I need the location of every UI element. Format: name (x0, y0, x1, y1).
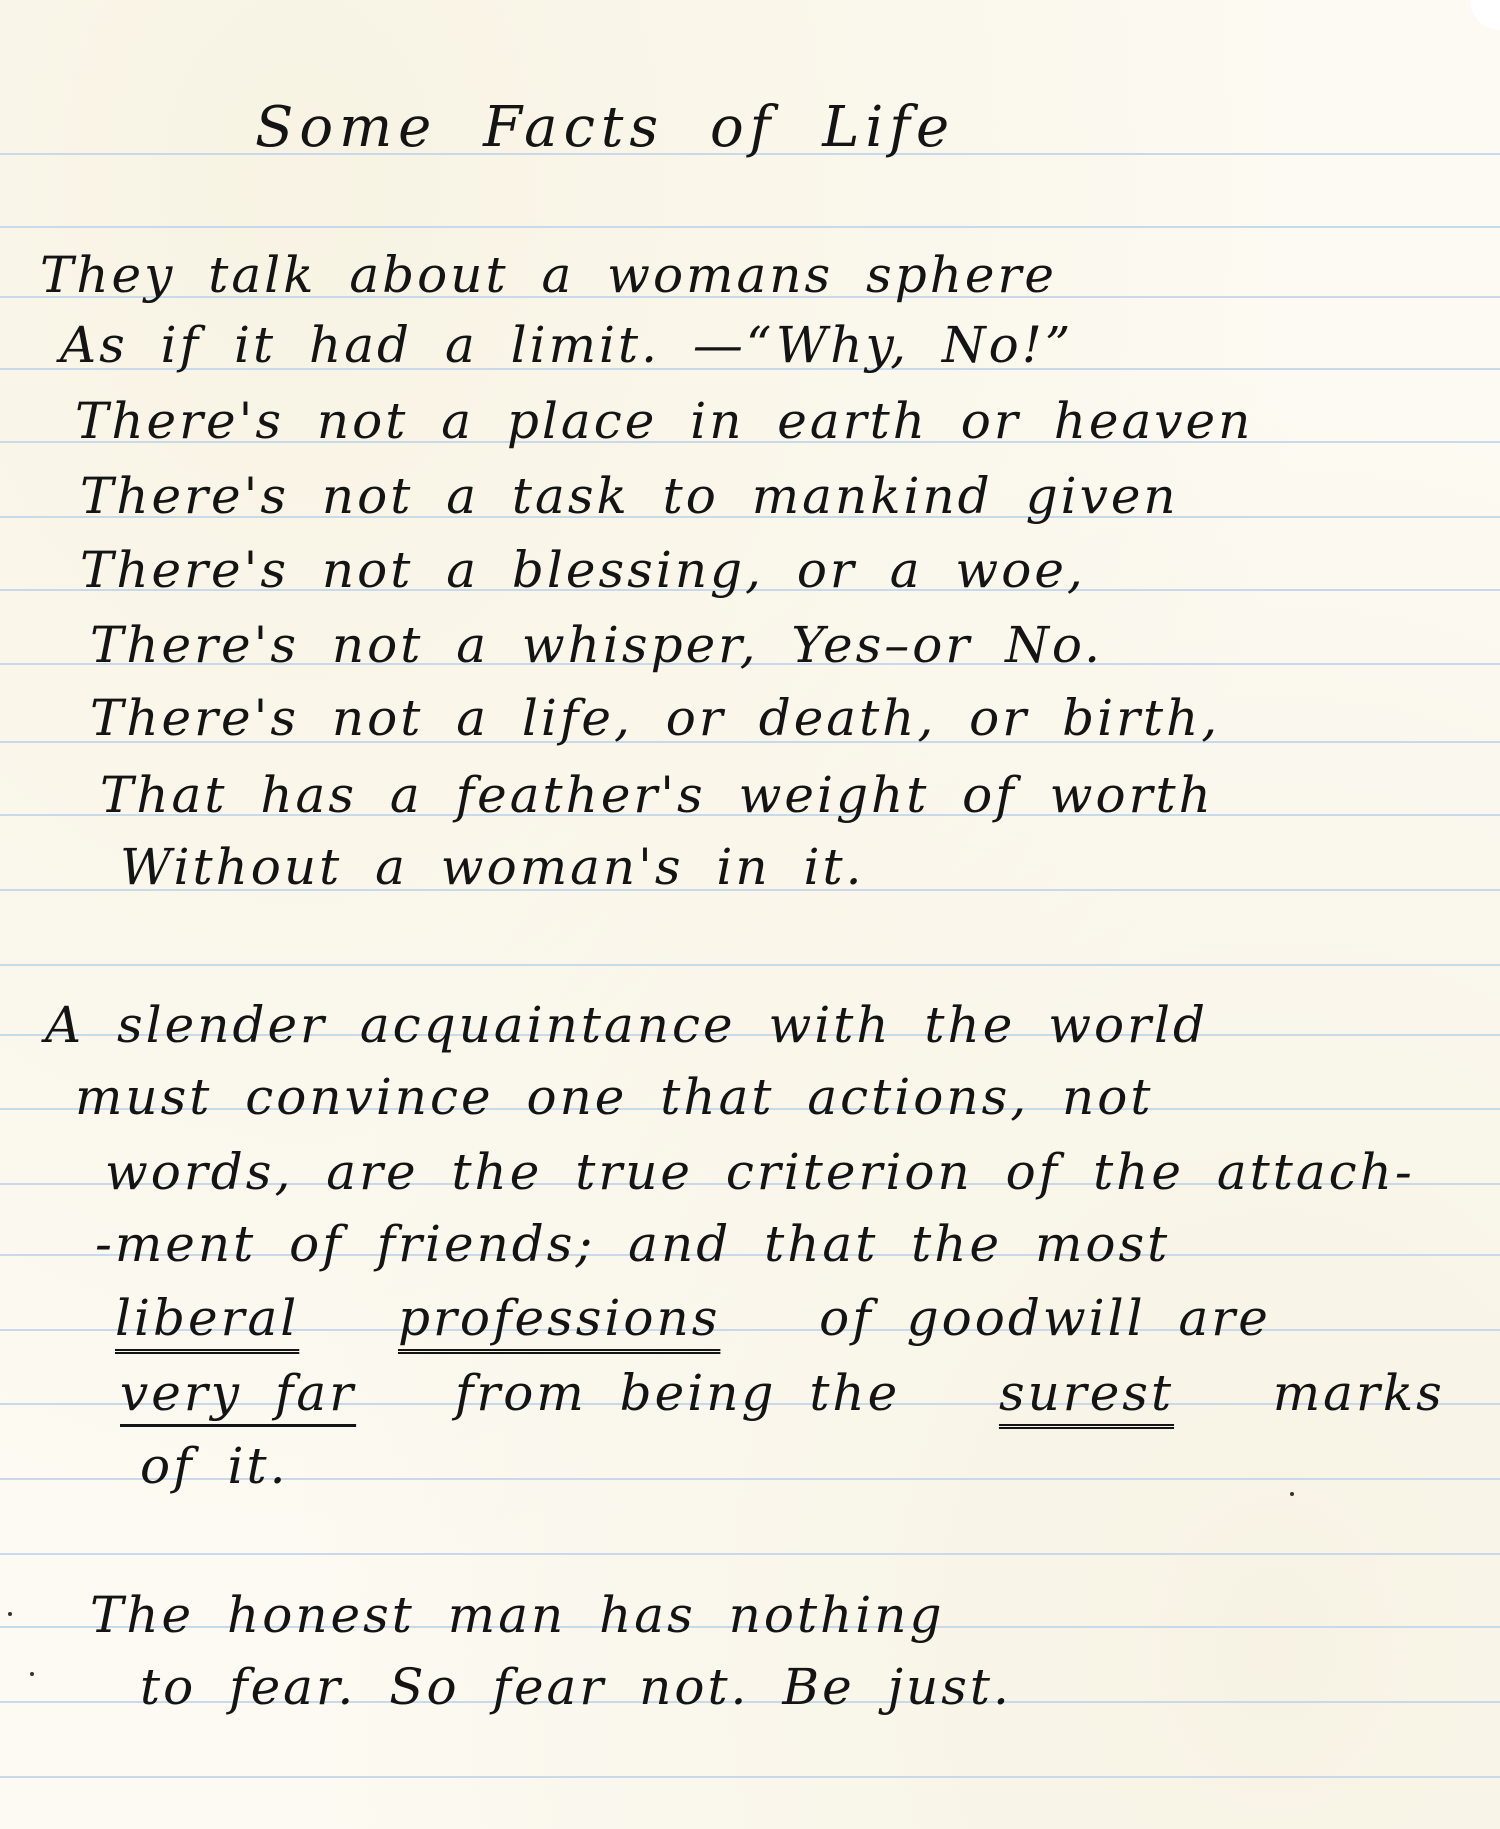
word (1207, 1364, 1240, 1422)
poem-line: There's not a blessing, or a woe, (80, 545, 1086, 595)
poem-line: There's not a place in earth or heaven (75, 396, 1253, 446)
word (389, 1364, 422, 1422)
prose-line: words, are the true criterion of the att… (105, 1147, 1415, 1197)
text-span: marks (1273, 1364, 1445, 1422)
poem-line: They talk about a womans sphere (40, 250, 1057, 300)
text-span: of goodwill are (819, 1289, 1271, 1347)
prose-line: -ment of friends; and that the most (95, 1219, 1170, 1269)
word (933, 1364, 966, 1422)
ink-speck (1290, 1492, 1294, 1496)
page-corner (1470, 0, 1500, 30)
poem-line: Without a woman's in it. (120, 842, 864, 892)
word (753, 1289, 786, 1347)
poem-line: That has a feather's weight of worth (100, 770, 1214, 820)
prose-line: very far from being the surest marks (120, 1368, 1445, 1418)
prose-line: must convince one that actions, not (75, 1072, 1153, 1122)
ruled-line (0, 1553, 1500, 1555)
underlined-word: professions (398, 1289, 720, 1347)
underlined-word: liberal (115, 1289, 299, 1347)
underlined-word: surest (999, 1364, 1174, 1422)
poem-line: As if it had a limit. —“Why, No!” (60, 320, 1073, 370)
ink-speck (8, 1612, 12, 1616)
page-title: Some Facts of Life (255, 100, 955, 156)
notebook-page: Some Facts of Life They talk about a wom… (0, 0, 1500, 1829)
prose-line: A slender acquaintance with the world (45, 1000, 1208, 1050)
text-span: from being the (455, 1364, 900, 1422)
prose-line: of it. (140, 1441, 288, 1491)
poem-line: There's not a life, or death, or birth, (90, 693, 1220, 743)
word (332, 1289, 365, 1347)
prose-line: liberal professions of goodwill are (115, 1293, 1271, 1343)
poem-line: There's not a task to mankind given (80, 471, 1179, 521)
ink-speck (30, 1672, 34, 1676)
ruled-line (0, 226, 1500, 228)
underlined-word: very far (120, 1364, 356, 1422)
poem-line: There's not a whisper, Yes–or No. (90, 620, 1103, 670)
ruled-line (0, 964, 1500, 966)
ruled-line (0, 1776, 1500, 1778)
prose-line: to fear. So fear not. Be just. (140, 1662, 1012, 1712)
prose-line: The honest man has nothing (90, 1590, 944, 1640)
